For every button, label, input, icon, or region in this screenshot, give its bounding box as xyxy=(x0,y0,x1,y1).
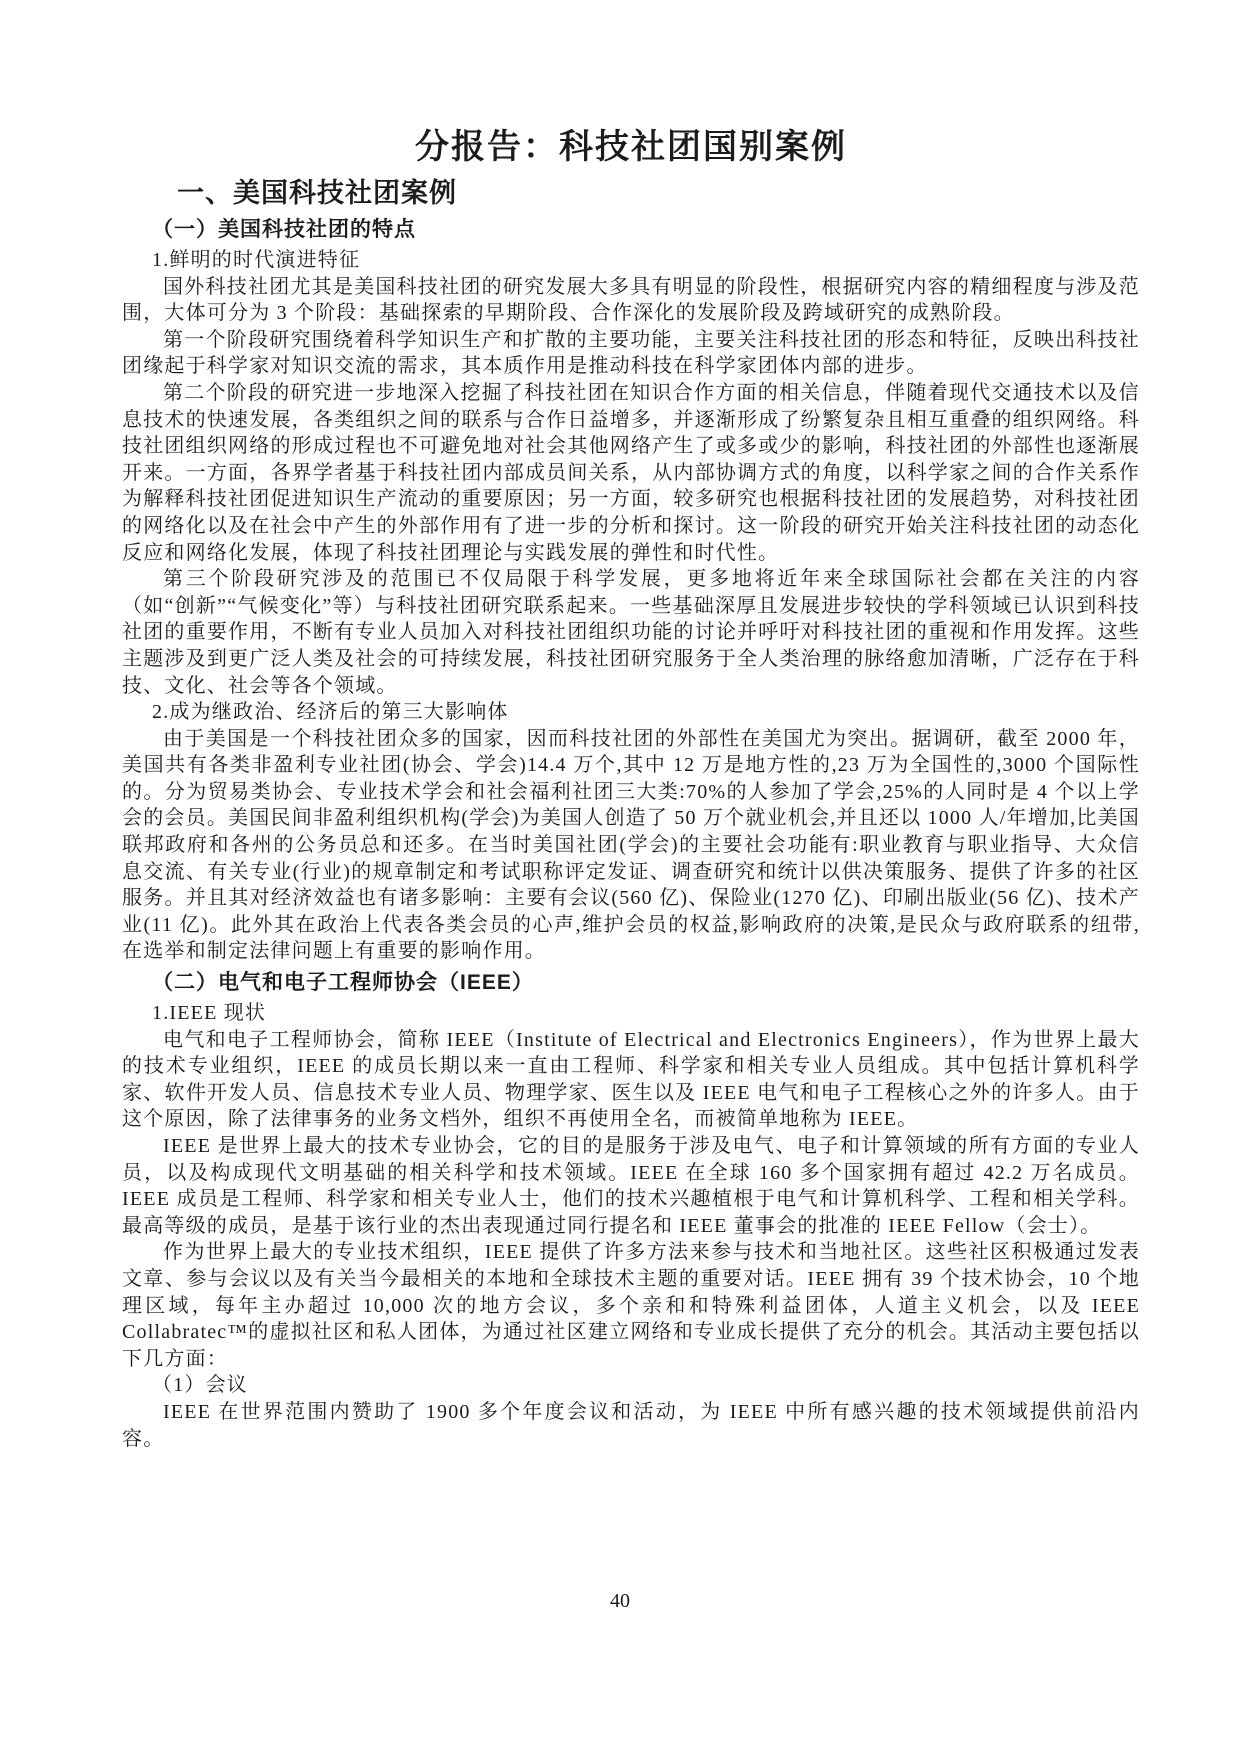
section-heading-us-case: 一、美国科技社团案例 xyxy=(122,176,1140,210)
page-number: 40 xyxy=(0,1588,1240,1615)
body-paragraph: 第三个阶段研究涉及的范围已不仅局限于科学发展，更多地将近年来全球国际社会都在关注… xyxy=(122,566,1140,699)
body-paragraph: 第二个阶段的研究进一步地深入挖掘了科技社团在知识合作方面的相关信息，伴随着现代交… xyxy=(122,380,1140,566)
document-title: 分报告：科技社团国别案例 xyxy=(122,126,1140,168)
body-paragraph: 国外科技社团尤其是美国科技社团的研究发展大多具有明显的阶段性，根据研究内容的精细… xyxy=(122,274,1140,327)
numbered-subheading-2: 2.成为继政治、经济后的第三大影响体 xyxy=(122,699,1140,726)
subsection-heading-features: （一）美国科技社团的特点 xyxy=(122,215,1140,245)
numbered-subheading-1: 1.鲜明的时代演进特征 xyxy=(122,247,1140,274)
body-paragraph: 电气和电子工程师协会，简称 IEEE（Institute of Electric… xyxy=(122,1027,1140,1133)
body-paragraph: 第一个阶段研究围绕着科学知识生产和扩散的主要功能，主要关注科技社团的形态和特征，… xyxy=(122,327,1140,380)
body-paragraph: 由于美国是一个科技社团众多的国家，因而科技社团的外部性在美国尤为突出。据调研，截… xyxy=(122,726,1140,965)
body-paragraph: IEEE 在世界范围内赞助了 1900 多个年度会议和活动，为 IEEE 中所有… xyxy=(122,1399,1140,1452)
body-paragraph: IEEE 是世界上最大的技术专业协会，它的目的是服务于涉及电气、电子和计算领域的… xyxy=(122,1133,1140,1239)
list-item-heading-conference: （1）会议 xyxy=(122,1372,1140,1399)
document-page: 分报告：科技社团国别案例 一、美国科技社团案例 （一）美国科技社团的特点 1.鲜… xyxy=(0,0,1240,1753)
subsection-heading-ieee: （二）电气和电子工程师协会（IEEE） xyxy=(122,968,1140,998)
numbered-subheading-ieee-status: 1.IEEE 现状 xyxy=(122,1000,1140,1027)
body-paragraph: 作为世界上最大的专业技术组织，IEEE 提供了许多方法来参与技术和当地社区。这些… xyxy=(122,1239,1140,1372)
